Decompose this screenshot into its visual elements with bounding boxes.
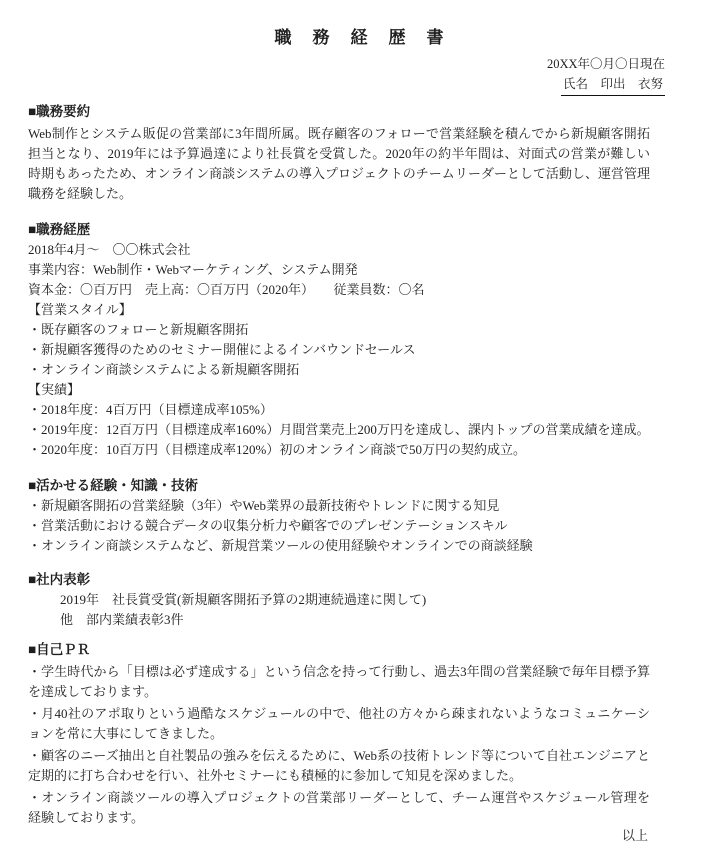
results-item: ・2019年度：12百万円（目標達成率160%）月間営業売上200万円を達成し、… <box>28 420 650 440</box>
sales-style-title: 【営業スタイル】 <box>28 300 650 320</box>
section-heading-skills: ■活かせる経験・知識・技術 <box>28 476 650 496</box>
awards-list: 2019年 社長賞受賞(新規顧客開拓予算の2期連続過達に関して) 他 部内業績表… <box>28 590 650 630</box>
sales-style-item: ・オンライン商談システムによる新規顧客開拓 <box>28 360 650 380</box>
career-business-description: 事業内容：Web制作・Webマーケティング、システム開発 <box>28 260 650 280</box>
career-period-company: 2018年4月～ 〇〇株式会社 <box>28 240 650 260</box>
applicant-name: 氏名 印出 衣努 <box>561 74 665 96</box>
document-header-right: 20XX年〇月〇日現在 氏名 印出 衣努 <box>0 54 665 96</box>
career-company-stats: 資本金：〇百万円 売上高：〇百万円（2020年） 従業員数：〇名 <box>28 280 650 300</box>
resume-page: 職 務 経 歴 書 20XX年〇月〇日現在 氏名 印出 衣努 ■職務要約 Web… <box>0 0 720 868</box>
self-pr-paragraph: ・顧客のニーズ抽出と自社製品の強みを伝えるために、Web系の技術トレンド等につい… <box>28 746 650 786</box>
results-item: ・2020年度：10百万円（目標達成率120%）初のオンライン商談で50万円の契… <box>28 440 650 460</box>
results-item: ・2018年度：4百万円（目標達成率105%） <box>28 400 650 420</box>
results-title: 【実績】 <box>28 380 650 400</box>
skills-item: ・営業活動における競合データの収集分析力や顧客でのプレゼンテーションスキル <box>28 516 650 536</box>
current-date: 20XX年〇月〇日現在 <box>0 54 665 74</box>
awards-item: 2019年 社長賞受賞(新規顧客開拓予算の2期連続過達に関して) <box>28 590 650 610</box>
section-heading-summary: ■職務要約 <box>28 102 650 122</box>
sales-style-item: ・新規顧客獲得のためのセミナー開催によるインバウンドセールス <box>28 340 650 360</box>
skills-item: ・オンライン商談システムなど、新規営業ツールの使用経験やオンラインでの商談経験 <box>28 536 650 556</box>
name-line: 氏名 印出 衣努 <box>0 74 665 96</box>
skills-item: ・新規顧客開拓の営業経験（3年）やWeb業界の最新技術やトレンドに関する知見 <box>28 496 650 516</box>
closing-mark: 以上 <box>622 826 648 846</box>
section-heading-career: ■職務経歴 <box>28 220 650 240</box>
self-pr-paragraph: ・オンライン商談ツールの導入プロジェクトの営業部リーダーとして、チーム運営やスケ… <box>28 788 650 828</box>
document-body: ■職務要約 Web制作とシステム販促の営業部に3年間所属。既存顧客のフォローで営… <box>0 102 720 828</box>
section-heading-self-pr: ■自己ＰＲ <box>28 640 650 660</box>
section-heading-awards: ■社内表彰 <box>28 570 650 590</box>
sales-style-item: ・既存顧客のフォローと新規顧客開拓 <box>28 320 650 340</box>
self-pr-paragraph: ・学生時代から「目標は必ず達成する」という信念を持って行動し、過去3年間の営業経… <box>28 662 650 702</box>
awards-item: 他 部内業績表彰3件 <box>28 610 650 630</box>
summary-paragraph: Web制作とシステム販促の営業部に3年間所属。既存顧客のフォローで営業経験を積ん… <box>28 124 650 204</box>
document-title: 職 務 経 歴 書 <box>0 28 720 48</box>
self-pr-paragraph: ・月40社のアポ取りという過酷なスケジュールの中で、他社の方々から疎まれないよう… <box>28 704 650 744</box>
